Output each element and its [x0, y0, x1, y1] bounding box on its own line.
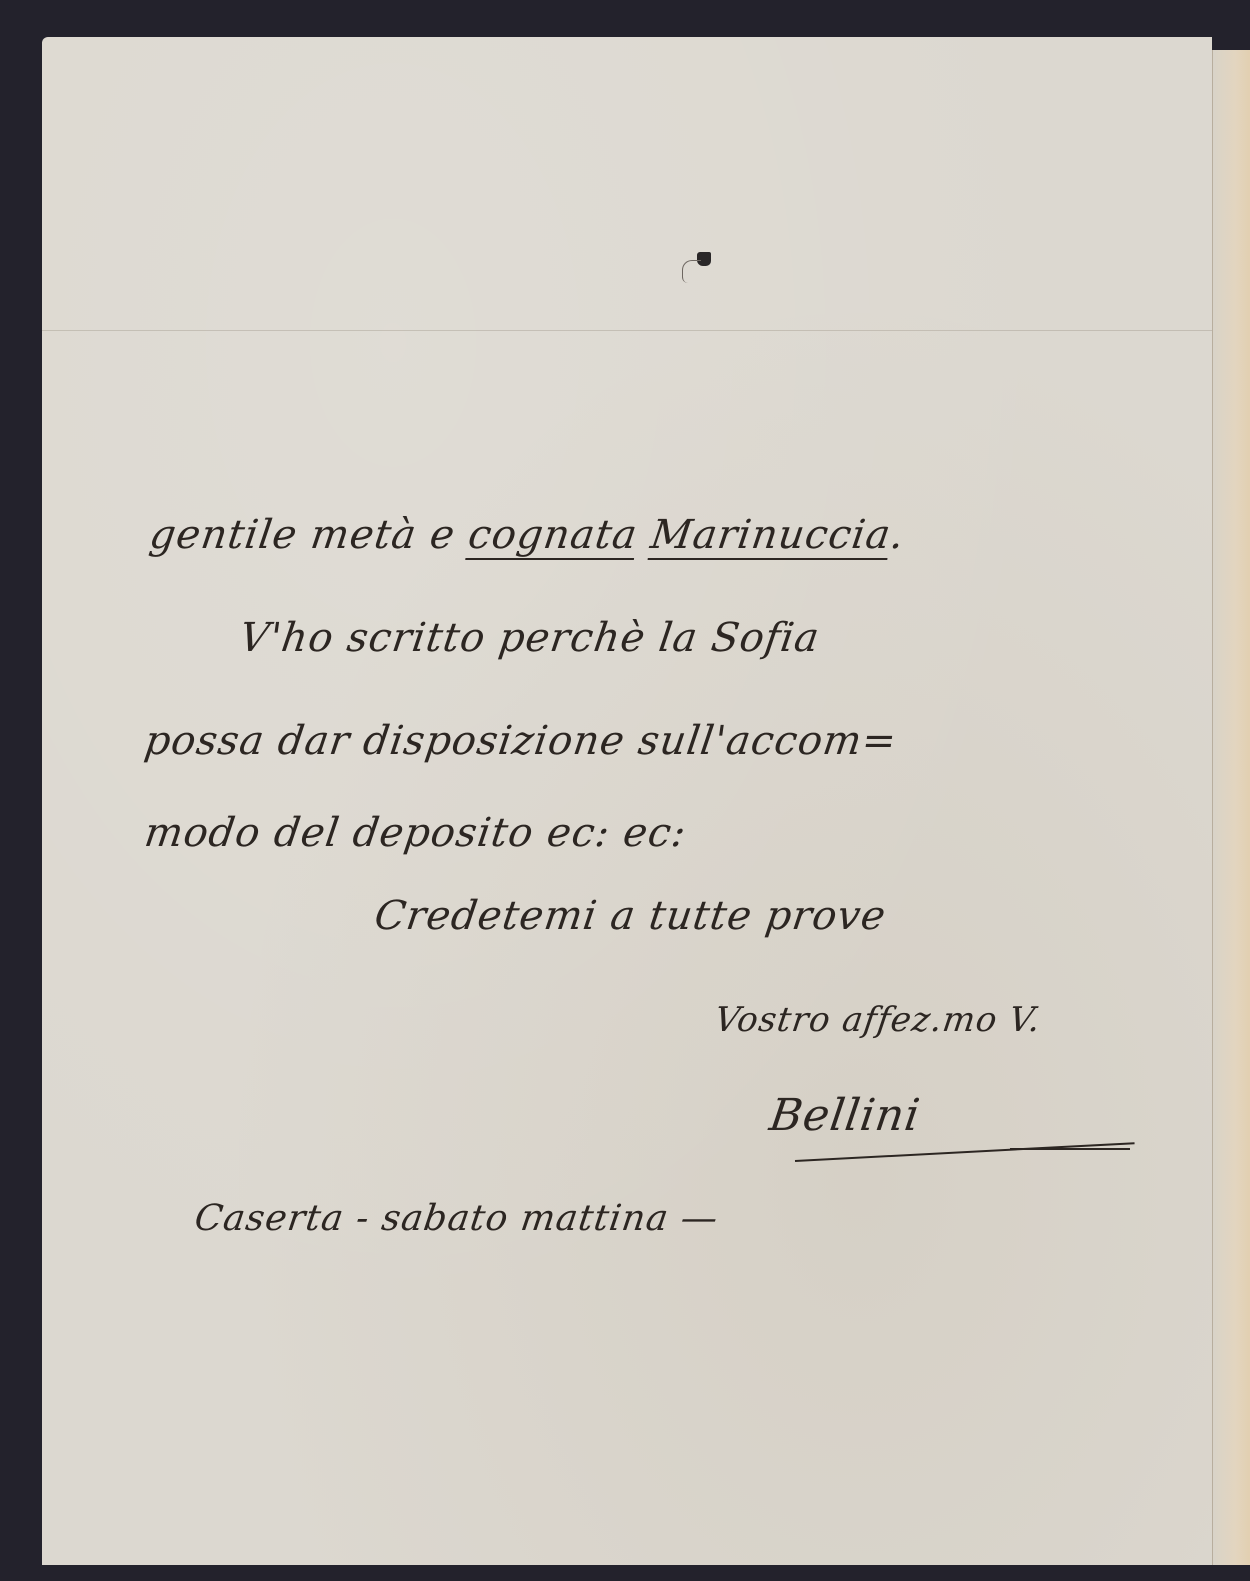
- letter-line-1: gentile metà e cognata Marinuccia.: [147, 512, 908, 558]
- letter-page: [42, 37, 1212, 1565]
- adjacent-page-edge: [1212, 50, 1250, 1565]
- letter-line-2: V'ho scritto perchè la Sofia: [237, 615, 823, 661]
- text-fragment: gentile metà e: [147, 512, 472, 558]
- letter-line-5: Credetemi a tutte prove: [372, 893, 889, 939]
- paper-fold-line: [42, 330, 1212, 331]
- dateline: Caserta - sabato mattina —: [192, 1198, 721, 1239]
- signature-flourish-tail: [1010, 1148, 1130, 1150]
- letter-line-4: modo del deposito ec: ec:: [142, 810, 690, 856]
- signature: Bellini: [766, 1090, 923, 1141]
- letter-closing: Vostro affez.mo V.: [712, 1000, 1043, 1040]
- ink-stroke-mark: [682, 260, 701, 283]
- underlined-word-cognata: cognata: [465, 512, 640, 558]
- underlined-word-marinuccia: Marinuccia: [648, 512, 894, 558]
- letter-line-3: possa dar disposizione sull'accom=: [142, 718, 900, 764]
